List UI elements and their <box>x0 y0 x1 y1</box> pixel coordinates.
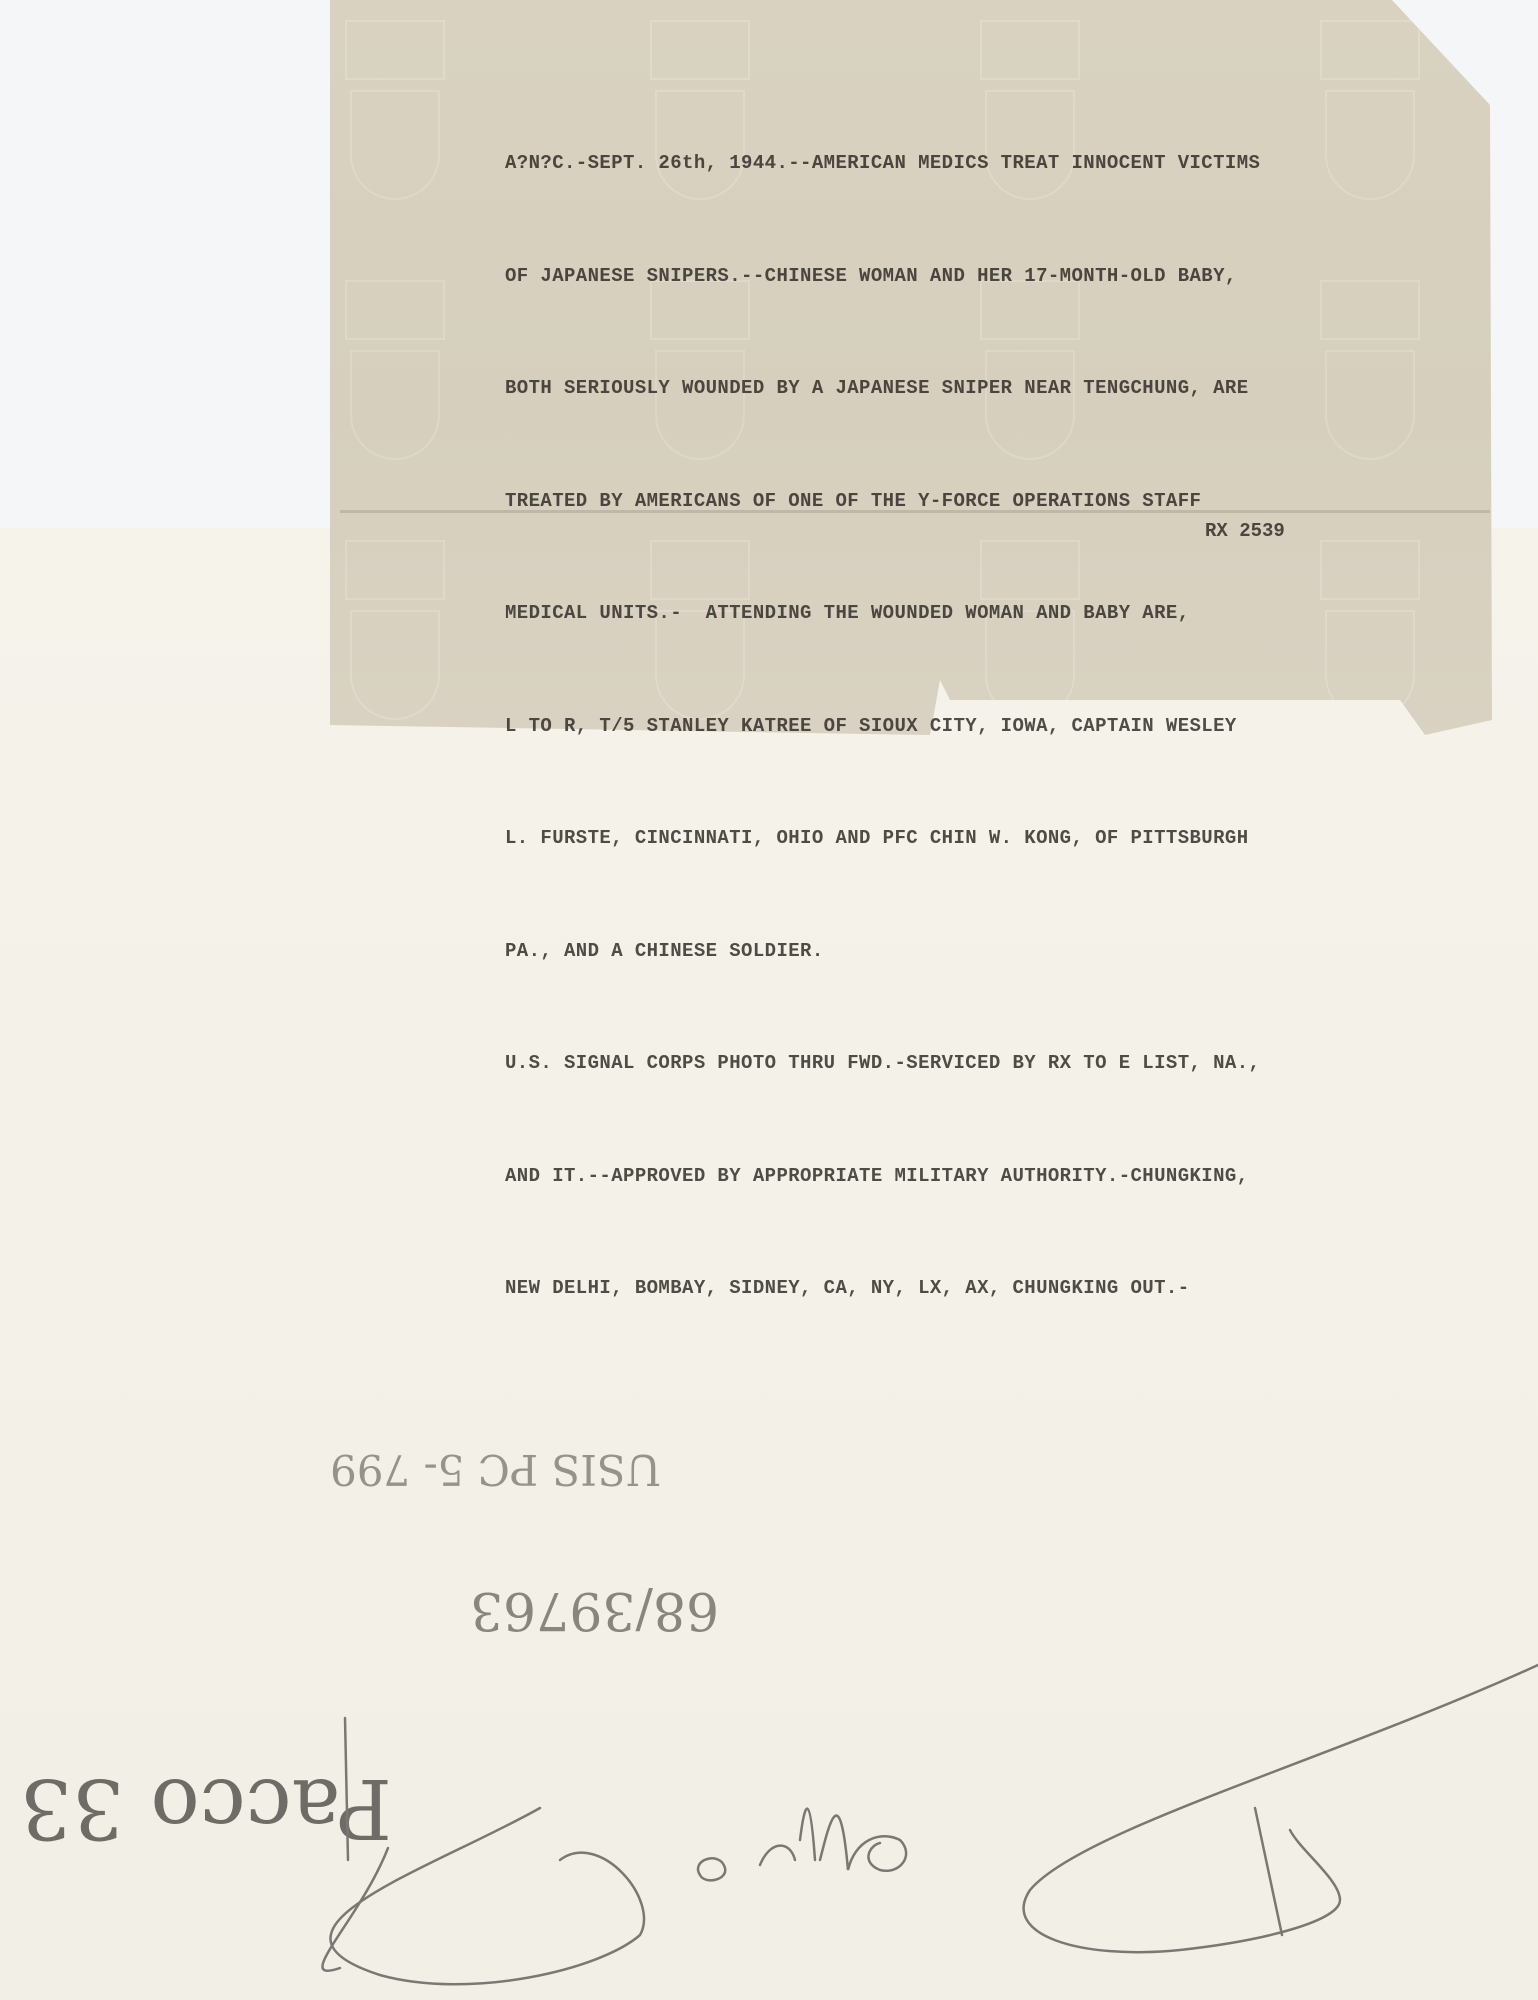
signature-strokes <box>0 0 1538 2000</box>
